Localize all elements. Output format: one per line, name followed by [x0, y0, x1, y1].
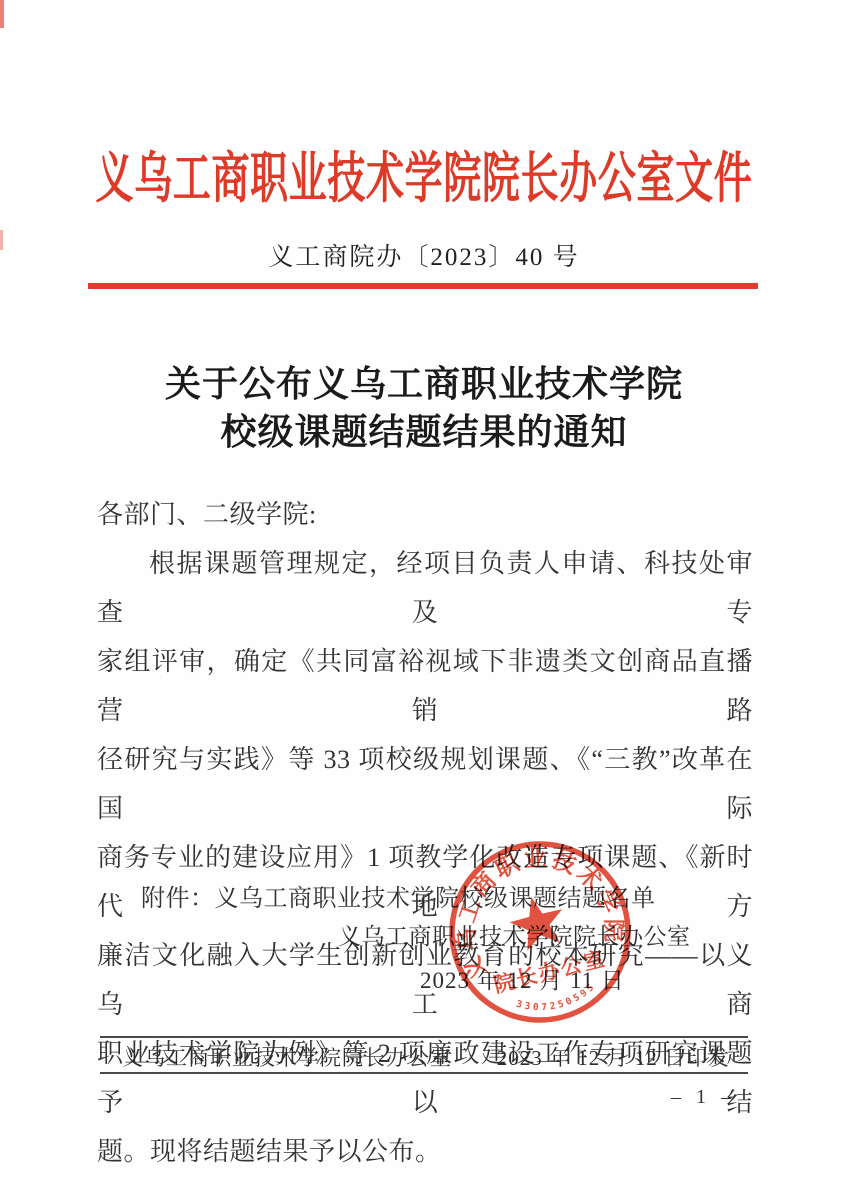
signature-date: 2023 年 12 月 11 日	[420, 962, 625, 995]
footer-print-date: 2023 年 12 月 12 日印发	[497, 1042, 730, 1072]
letterhead-org-title: 义乌工商职业技术学院院长办公室文件	[0, 146, 848, 212]
page-number: – 1 –	[671, 1086, 736, 1109]
body-line: 家组评审，确定《共同富裕视域下非遗类文创商品直播营销路	[97, 637, 753, 735]
notice-title: 关于公布义乌工商职业技术学院 校级课题结题结果的通知	[0, 360, 848, 456]
body-line: 径研究与实践》等 33 项校级规划课题、《“三教”改革在国际	[97, 735, 753, 833]
notice-title-line1: 关于公布义乌工商职业技术学院	[0, 360, 848, 408]
document-number: 义工商院办〔2023〕40 号	[0, 237, 848, 273]
letterhead-red-rule	[88, 283, 758, 289]
footer-issuer: 义乌工商职业技术学院院长办公室	[122, 1042, 452, 1072]
salutation: 各部门、二级学院:	[97, 490, 753, 539]
scanned-document-page: 义乌工商职业技术学院院长办公室文件 义工商院办〔2023〕40 号 关于公布义乌…	[0, 0, 848, 1194]
body-line: 题。现将结题结果予以公布。	[97, 1127, 753, 1176]
scan-red-mark-top	[0, 0, 4, 28]
footer-rule-bottom	[100, 1072, 748, 1074]
signature-org: 义乌工商职业技术学院院长办公室	[338, 918, 691, 951]
footer-rule-top	[100, 1036, 748, 1038]
letterhead-org-title-text: 义乌工商职业技术学院院长办公室文件	[96, 146, 753, 212]
attachment-line: 附件：义乌工商职业技术学院校级课题结题名单	[97, 882, 753, 916]
notice-title-line2: 校级课题结题结果的通知	[0, 408, 848, 456]
body-line: 根据课题管理规定，经项目负责人申请、科技处审查及专	[97, 539, 753, 637]
